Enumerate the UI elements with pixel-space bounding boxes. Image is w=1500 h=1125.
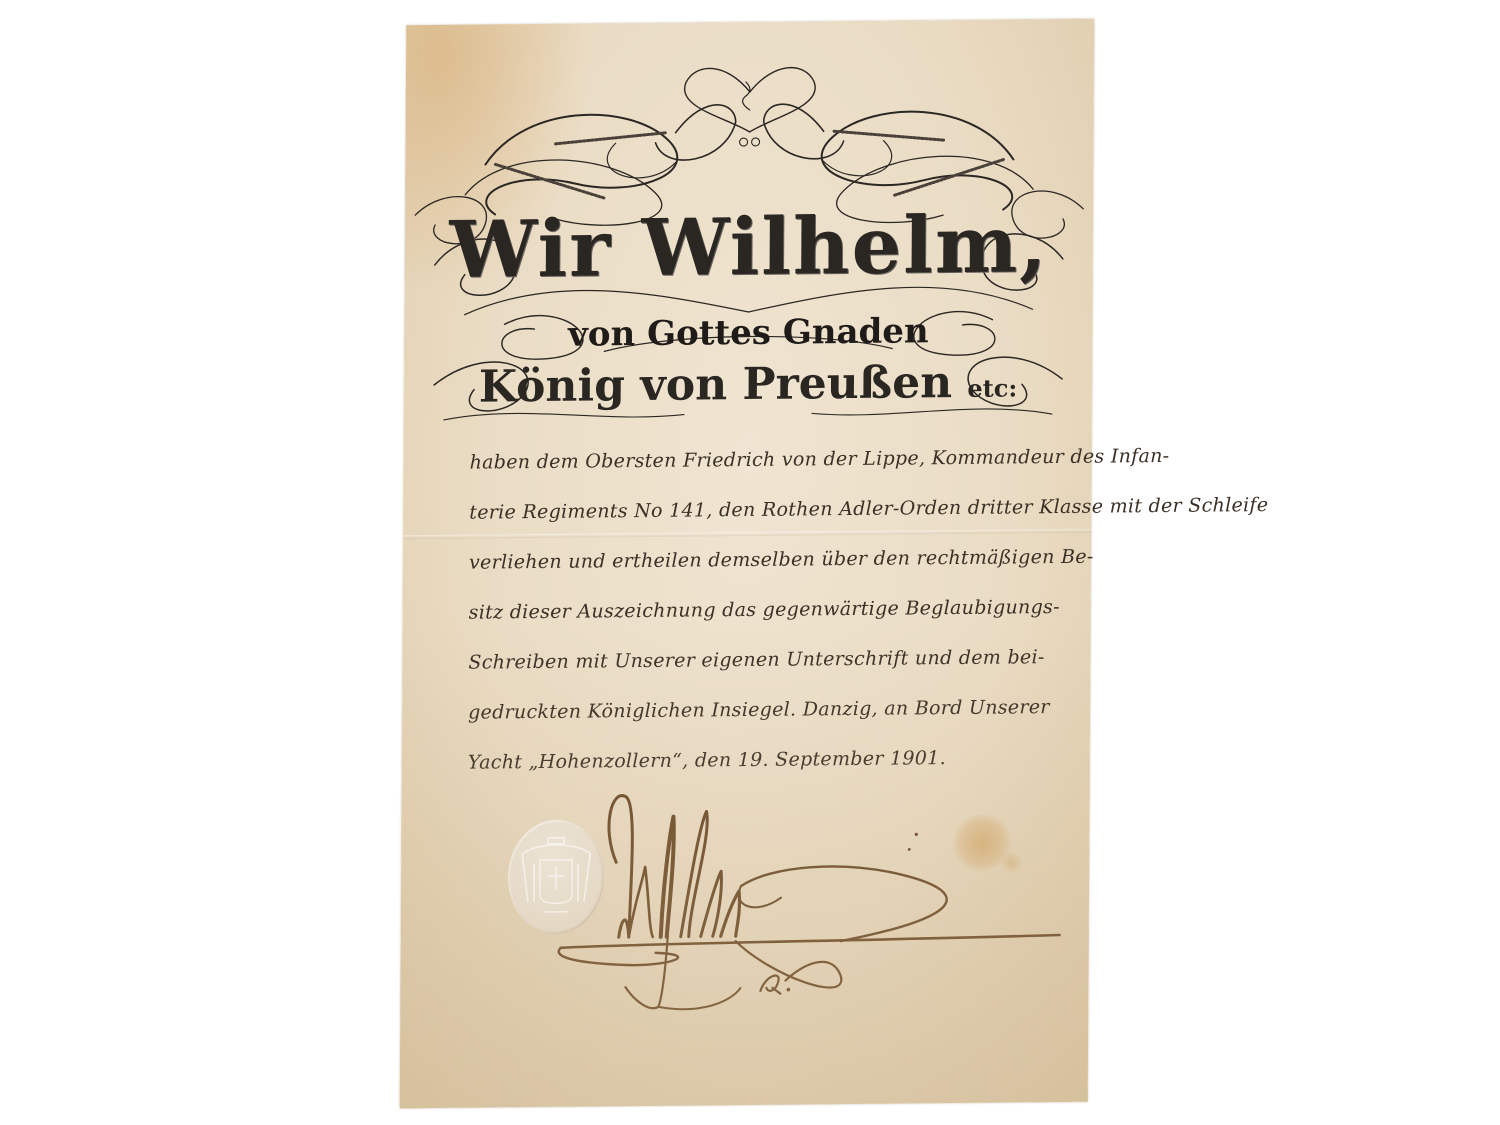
heading-koenig-von-preussen: König von Preußen etc:: [404, 356, 1092, 414]
heading-wir-wilhelm: Wir Wilhelm,: [405, 199, 1094, 297]
body-line: verliehen und ertheilen demselben über d…: [469, 537, 1029, 592]
body-line: sitz dieser Auszeichnung das gegenwärtig…: [469, 587, 1029, 642]
certificate-body-text: haben dem Obersten Friedrich von der Lip…: [468, 437, 1030, 792]
royal-signature: Wilhelm R.: [540, 763, 1062, 1038]
body-line: terie Regiments No 141, den Rothen Adler…: [469, 487, 1029, 542]
body-line: gedruckten Königlichen Insiegel. Danzig,…: [468, 687, 1028, 742]
body-line: haben dem Obersten Friedrich von der Lip…: [469, 437, 1029, 492]
heading-etc: etc:: [967, 373, 1017, 402]
heading-title-text: König von Preußen: [479, 357, 953, 413]
heading-von-gottes-gnaden: von Gottes Gnaden: [404, 310, 1092, 357]
certificate-sheet: Wir Wilhelm, von Gottes Gnaden König von…: [400, 19, 1095, 1109]
body-line: Schreiben mit Unserer eigenen Unterschri…: [468, 637, 1028, 692]
